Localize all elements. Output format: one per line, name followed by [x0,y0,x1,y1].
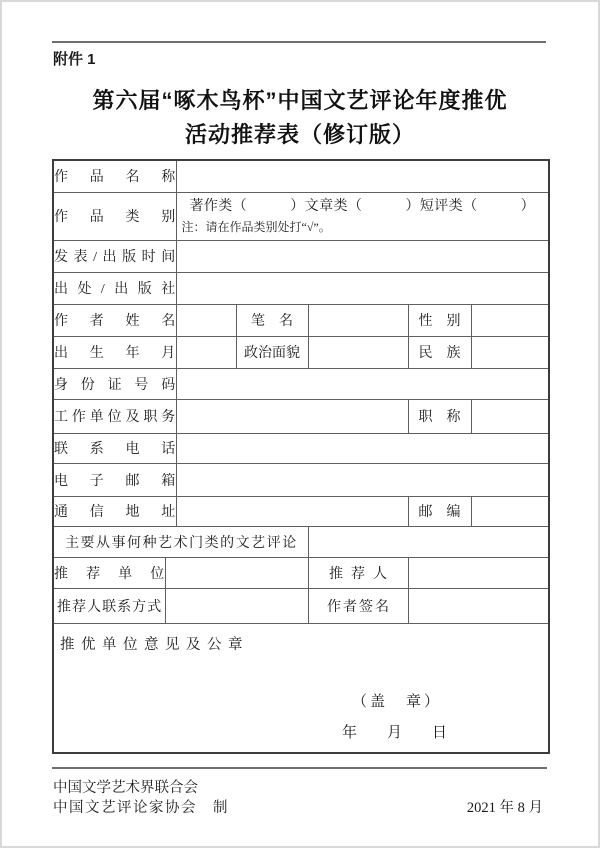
source-label: 出处/出版社 [53,272,176,304]
address-label: 通信地址 [53,496,176,526]
footer-rule [52,767,547,769]
row-art-field: 主要从事何种艺术门类的文艺评论 [53,526,549,557]
recommender-label: 推荐人 [308,557,408,588]
work-category-label: 作品类别 [53,192,176,240]
row-work-title: 作品名称 [53,160,549,192]
address-field [176,496,408,526]
id-number-label: 身份证号码 [53,368,176,399]
issuing-org-line2: 中国文艺评论家协会 制 [53,799,229,817]
work-unit-label: 工作单位及职务 [53,399,176,433]
recommending-unit-field [165,557,308,588]
art-field-label: 主要从事何种艺术门类的文艺评论 [53,526,308,557]
row-birth: 出生年月 政治面貌 民 族 [53,336,549,368]
document-title: 第六届“啄木鸟杯”中国文艺评论年度推优 活动推荐表（修订版） [0,84,600,152]
work-category-field: 著作类（ ）文章类（ ）短评类（ ） 注：请在作品类别处打“√”。 [176,192,549,240]
row-id-number: 身份证号码 [53,368,549,399]
author-name-label: 作者姓名 [53,304,176,336]
row-opinion-stamp: 推优单位意见及公章 （盖 章） 年 月 日 [53,623,549,753]
title-rank-field [471,399,549,433]
title-rank-label: 职 称 [408,399,471,433]
document-title-line1: 第六届“啄木鸟杯”中国文艺评论年度推优 [0,84,600,118]
recommendation-form-table: 作品名称 作品类别 著作类（ ）文章类（ ）短评类（ ） 注：请在作品类别处打“… [52,159,550,754]
work-title-label: 作品名称 [53,160,176,192]
stamp-placeholder: （盖 章） [352,690,442,711]
pen-name-label: 笔 名 [236,304,308,336]
author-signature-field [408,588,549,623]
work-category-options: 著作类（ ）文章类（ ）短评类（ ） [177,195,549,215]
recommender-field [408,557,549,588]
source-field [176,272,549,304]
publish-time-field [176,240,549,272]
pen-name-field [308,304,408,336]
political-label: 政治面貌 [236,336,308,368]
birth-field [176,336,236,368]
row-publish-time: 发表/出版时间 [53,240,549,272]
recommending-unit-label: 推荐单位 [53,557,165,588]
issuing-orgs: 中国文学艺术界联合会 中国文艺评论家协会 制 [53,779,229,817]
phone-label: 联系电话 [53,433,176,463]
work-unit-field [176,399,408,433]
attachment-label: 附件 1 [53,50,600,69]
postcode-label: 邮 编 [408,496,471,526]
date-placeholder: 年 月 日 [342,721,447,742]
row-address: 通信地址 邮 编 [53,496,549,526]
row-recommender-contact: 推荐人联系方式 作者签名 [53,588,549,623]
ethnic-label: 民 族 [408,336,471,368]
gender-field [471,304,549,336]
email-field [176,463,549,496]
recommender-contact-label: 推荐人联系方式 [53,588,165,623]
postcode-field [471,496,549,526]
row-work-category: 作品类别 著作类（ ）文章类（ ）短评类（ ） 注：请在作品类别处打“√”。 [53,192,549,240]
footer: 中国文学艺术界联合会 中国文艺评论家协会 制 2021 年 8 月 [53,779,543,817]
author-name-field [176,304,236,336]
author-signature-label: 作者签名 [308,588,408,623]
document-title-line2: 活动推荐表（修订版） [0,118,600,152]
header-rule [52,41,546,43]
publish-time-label: 发表/出版时间 [53,240,176,272]
work-category-note: 注：请在作品类别处打“√”。 [177,215,549,235]
opinion-stamp-area: 推优单位意见及公章 （盖 章） 年 月 日 [54,624,548,752]
gender-label: 性 别 [408,304,471,336]
row-phone: 联系电话 [53,433,549,463]
row-work-unit: 工作单位及职务 职 称 [53,399,549,433]
recommender-contact-field [165,588,308,623]
opinion-label: 推优单位意见及公章 [54,624,548,654]
row-recommending-unit: 推荐单位 推荐人 [53,557,549,588]
row-source: 出处/出版社 [53,272,549,304]
document-page: 附件 1 第六届“啄木鸟杯”中国文艺评论年度推优 活动推荐表（修订版） 作品名称… [0,41,600,817]
email-label: 电子邮箱 [53,463,176,496]
opinion-stamp-cell: 推优单位意见及公章 （盖 章） 年 月 日 [53,623,549,753]
art-field-field [308,526,549,557]
row-email: 电子邮箱 [53,463,549,496]
row-author-name: 作者姓名 笔 名 性 别 [53,304,549,336]
issue-date: 2021 年 8 月 [467,799,543,817]
phone-field [176,433,549,463]
birth-label: 出生年月 [53,336,176,368]
political-field [308,336,408,368]
issuing-org-line1: 中国文学艺术界联合会 [53,779,229,797]
work-title-field [176,160,549,192]
ethnic-field [471,336,549,368]
id-number-field [176,368,549,399]
